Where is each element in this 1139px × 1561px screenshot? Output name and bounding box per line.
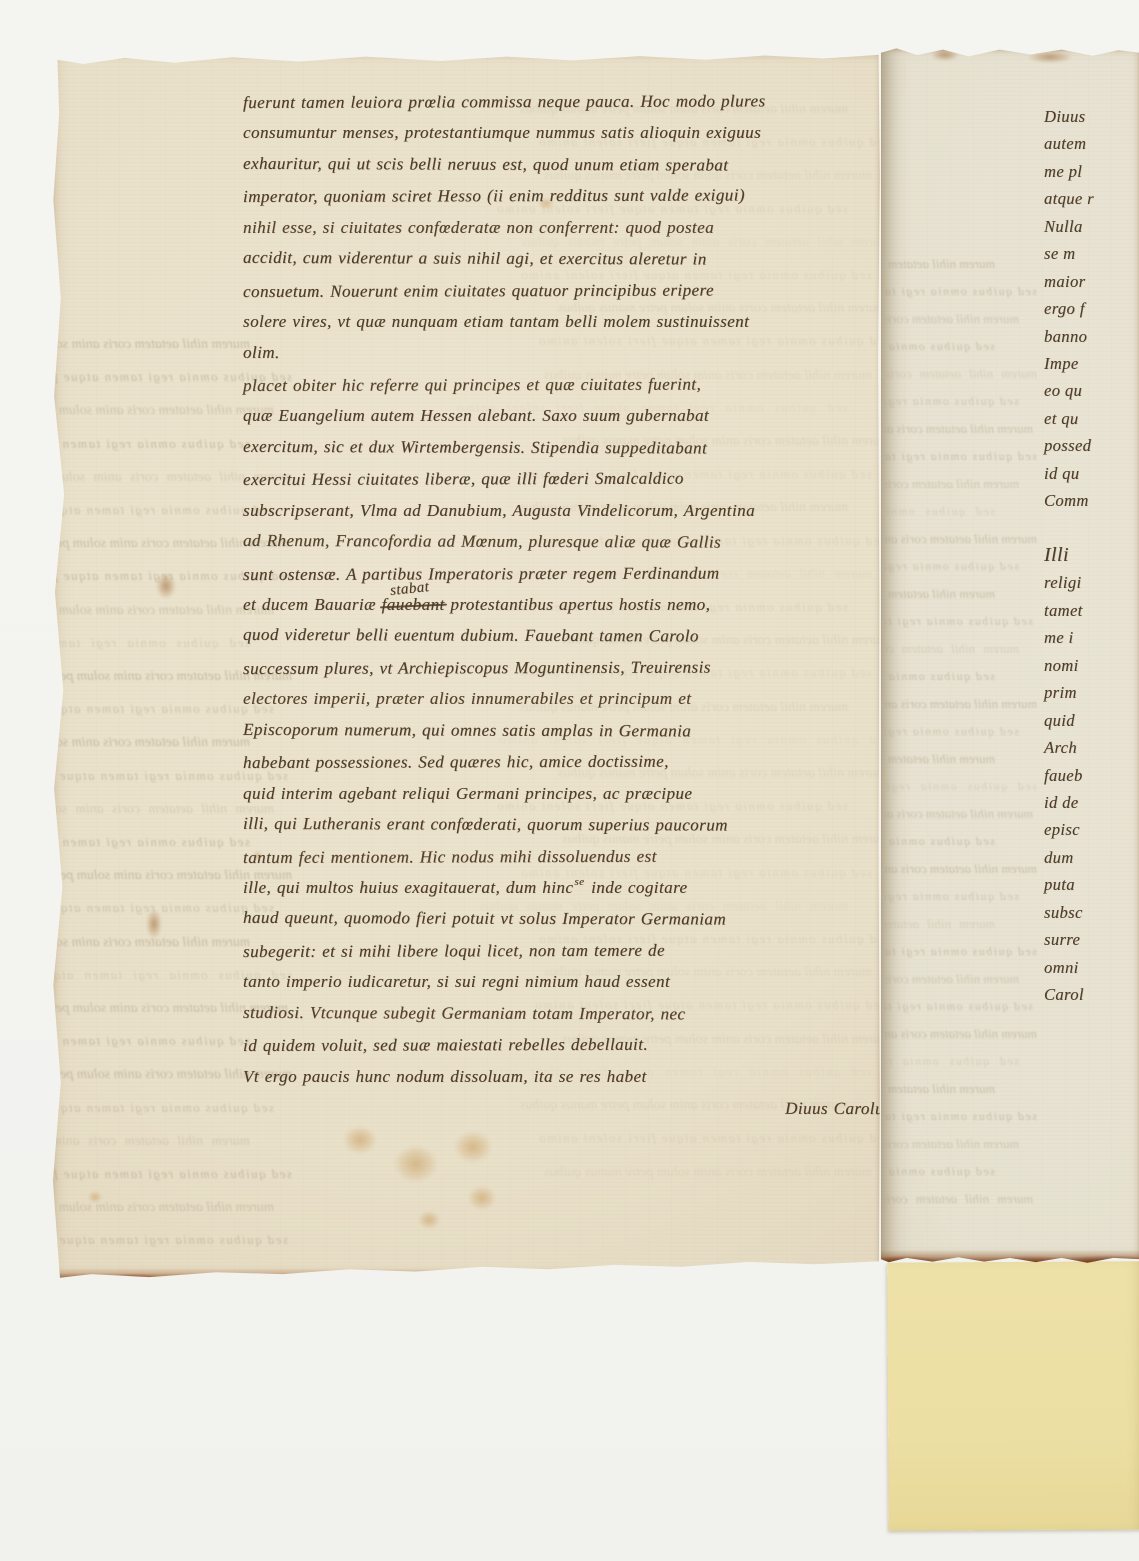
bleedthrough-line: sed quibus omnia regi tamen atque fieri … (52, 1224, 292, 1257)
bleedthrough-line: sed quibus omnia regi tamen atque fieri … (885, 278, 1037, 306)
bleedthrough-line: sed quibus omnia regi tamen atque fieri … (885, 828, 1037, 856)
bleedthrough-line: sed quibus omnia regi tamen atque fieri … (885, 443, 1037, 471)
ink-bleedthrough: murem nihil aetatem coris anim solum pet… (885, 250, 1037, 1212)
manuscript-line: atque r (1044, 185, 1139, 213)
manuscript-line: Carol (1044, 981, 1139, 1008)
manuscript-line: et qu (1044, 405, 1139, 433)
manuscript-line (1044, 514, 1139, 542)
manuscript-line: eo qu (1044, 377, 1139, 404)
manuscript-line-with-correction: et ducem Bauariæ stabatfauebant protesta… (243, 589, 895, 620)
manuscript-line: sunt ostensæ. A partibus Imperatoris præ… (243, 557, 895, 590)
manuscript-line: tamet (1044, 597, 1139, 624)
bleedthrough-line: murem nihil aetatem coris anim solum pet… (885, 1130, 1037, 1158)
manuscript-line: episc (1044, 816, 1139, 843)
bleedthrough-line: murem nihil aetatem coris anim solum pet… (52, 1191, 292, 1224)
right-manuscript-page: murem nihil aetatem coris anim solum pet… (881, 46, 1139, 1264)
manuscript-line: subscripserant, Vlma ad Danubium, August… (243, 495, 895, 526)
foxing-spot (394, 1145, 438, 1183)
manuscript-line: exhauritur, qui ut scis belli neruus est… (243, 148, 895, 182)
manuscript-line: puta (1044, 871, 1139, 898)
manuscript-line: banno (1044, 323, 1139, 350)
struck-word: fauebant (382, 595, 445, 614)
manuscript-line: id de (1044, 789, 1139, 816)
foxing-spot (454, 1131, 492, 1163)
manuscript-line: exercitum, sic et dux Wirtembergensis. S… (243, 431, 895, 465)
manuscript-line: placet obiter hic referre qui principes … (243, 368, 895, 401)
bleedthrough-line: murem nihil aetatem coris anim solum pet… (885, 690, 1037, 718)
manuscript-line: imperator, quoniam sciret Hesso (ii enim… (243, 179, 895, 212)
bleedthrough-line: sed quibus omnia regi tamen atque fieri … (885, 1158, 1037, 1186)
manuscript-line: consuetum. Nouerunt enim ciuitates quatu… (243, 274, 895, 307)
manuscript-line: Episcoporum numerum, qui omnes satis amp… (243, 714, 895, 748)
bleedthrough-line: sed quibus omnia regi tamen atque fieri … (885, 938, 1037, 966)
bleedthrough-line: murem nihil aetatem coris anim solum pet… (885, 305, 1037, 333)
manuscript-line: fuerunt tamen leuiora prœlia commissa ne… (243, 85, 895, 118)
bleedthrough-line: murem nihil aetatem coris anim solum pet… (885, 470, 1037, 498)
manuscript-scan: murem nihil aetatem coris anim solum pet… (0, 0, 1139, 1561)
bleedthrough-line: murem nihil aetatem coris anim solum pet… (885, 800, 1037, 828)
manuscript-text-column: Diuus autem me pl atque r Nulla se m mai… (1044, 103, 1139, 1008)
bleedthrough-line: sed quibus omnia regi tamen atque fieri … (885, 608, 1037, 636)
bleedthrough-line: sed quibus omnia regi tamen atque fieri … (885, 1048, 1037, 1076)
bleedthrough-line: sed quibus omnia regi tamen atque fieri … (885, 553, 1037, 581)
bleedthrough-line: murem nihil aetatem coris anim solum pet… (52, 1125, 292, 1158)
bleedthrough-line: sed quibus omnia regi tamen atque fieri … (885, 498, 1037, 526)
manuscript-line: olim. (243, 336, 895, 370)
manuscript-line: quæ Euangelium autem Hessen alebant. Sax… (243, 400, 895, 431)
bleedthrough-line: sed quibus omnia regi tamen atque fieri … (885, 993, 1037, 1021)
bleedthrough-line: murem nihil aetatem coris anim solum pet… (885, 360, 1037, 388)
manuscript-line: solere vires, vt quæ nunquam etiam tanta… (243, 306, 895, 337)
text-before-insertion: ille, qui multos huius exagitauerat, dum… (243, 878, 573, 897)
manuscript-line: tantum feci mentionem. Hic nodus mihi di… (243, 839, 895, 872)
manuscript-line: quid interim agebant reliqui Germani pri… (243, 778, 895, 809)
bleedthrough-line: murem nihil aetatem coris anim solum pet… (885, 965, 1037, 993)
bleedthrough-line: sed quibus omnia regi tamen atque fieri … (52, 1158, 292, 1191)
bleedthrough-line: sed quibus omnia regi tamen atque fieri … (250, 1122, 890, 1155)
bleedthrough-line: sed quibus omnia regi tamen atque fieri … (885, 388, 1037, 416)
bleedthrough-line: murem nihil aetatem coris anim solum pet… (885, 580, 1037, 608)
foxing-spot (1027, 51, 1073, 63)
manuscript-line: religi (1044, 569, 1139, 596)
manuscript-line: consumuntur menses, protestantiumque num… (243, 117, 895, 148)
foxing-spot (156, 573, 176, 599)
foxing-spot (146, 909, 162, 939)
manuscript-line: Impe (1044, 350, 1139, 377)
manuscript-line: id qu (1044, 460, 1139, 487)
manuscript-line: successum plures, vt Archiepiscopus Mogu… (243, 651, 895, 684)
manuscript-line: faueb (1044, 762, 1139, 789)
manuscript-line: Comm (1044, 487, 1139, 514)
manuscript-line: studiosi. Vtcunque subegit Germaniam tot… (243, 997, 895, 1031)
bleedthrough-line: murem nihil aetatem coris anim solum pet… (885, 855, 1037, 883)
catchword: Diuus Carolus (243, 1091, 895, 1125)
manuscript-line: quid (1044, 707, 1139, 734)
manuscript-line: exercitui Hessi ciuitates liberæ, quæ il… (243, 462, 895, 495)
bleedthrough-line: murem nihil aetatem coris anim solum pet… (885, 635, 1037, 663)
bleedthrough-line: sed quibus omnia regi tamen atque fieri … (885, 718, 1037, 746)
bleedthrough-line: murem nihil aetatem coris anim solum pet… (885, 250, 1037, 278)
manuscript-line: illi, qui Lutheranis erant confœderati, … (243, 808, 895, 842)
manuscript-line: dum (1044, 844, 1139, 872)
manuscript-line: me i (1044, 624, 1139, 652)
bleedthrough-line: murem nihil aetatem coris anim solum pet… (885, 415, 1037, 443)
manuscript-line: accidit, cum viderentur a suis nihil agi… (243, 242, 895, 276)
manuscript-line: maior (1044, 268, 1139, 295)
text-before-correction: et ducem Bauariæ (243, 595, 382, 614)
bleedthrough-line: sed quibus omnia regi tamen atque fieri … (885, 773, 1037, 801)
bleedthrough-line: sed quibus omnia regi tamen atque fieri … (885, 883, 1037, 911)
foxing-spot (931, 49, 959, 61)
bleedthrough-line: sed quibus omnia regi tamen atque fieri … (885, 1103, 1037, 1131)
bleedthrough-line: sed quibus omnia regi tamen atque fieri … (885, 333, 1037, 361)
bleedthrough-line: murem nihil aetatem coris anim solum pet… (885, 910, 1037, 938)
manuscript-line: electores imperii, præter alios innumera… (243, 683, 895, 714)
manuscript-line: prim (1044, 679, 1139, 706)
manuscript-line: surre (1044, 926, 1139, 953)
scribal-correction: stabatfauebant (382, 589, 445, 620)
superscript-insertion: se (574, 876, 584, 888)
manuscript-line-with-insertion: ille, qui multos huius exagitauerat, dum… (243, 872, 895, 903)
foxing-spot (88, 1191, 102, 1203)
manuscript-line: me pl (1044, 158, 1139, 185)
bleedthrough-line: murem nihil aetatem coris anim solum pet… (885, 1075, 1037, 1103)
bleedthrough-line: murem nihil aetatem coris anim solum pet… (885, 1185, 1037, 1212)
manuscript-line: Vt ergo paucis hunc nodum dissoluam, ita… (243, 1061, 895, 1092)
manuscript-line: Arch (1044, 734, 1139, 762)
manuscript-line: habebant possessiones. Sed quæres hic, a… (243, 745, 895, 778)
manuscript-line: se m (1044, 240, 1139, 267)
manuscript-line: ad Rhenum, Francofordia ad Mœnum, plures… (243, 525, 895, 559)
manuscript-line: id quidem voluit, sed suæ maiestati rebe… (243, 1028, 895, 1061)
manuscript-line: haud queunt, quomodo fieri potuit vt sol… (243, 902, 895, 936)
toasted-edge-bottom (50, 1268, 881, 1279)
left-manuscript-page: murem nihil aetatem coris anim solum pet… (50, 53, 881, 1279)
manuscript-line: autem (1044, 130, 1139, 157)
manuscript-line: Diuus (1044, 103, 1139, 130)
foxing-spot (418, 1211, 440, 1229)
foxing-spot (468, 1186, 496, 1210)
manuscript-line: Nulla (1044, 213, 1139, 240)
manuscript-line: nihil esse, si ciuitates confœderatæ non… (243, 212, 895, 243)
bleedthrough-line: murem nihil aetatem coris anim solum pet… (885, 1020, 1037, 1048)
manuscript-line: omni (1044, 953, 1139, 981)
yellow-backing-sheet (887, 1261, 1139, 1531)
bleedthrough-line: sed quibus omnia regi tamen atque fieri … (885, 663, 1037, 691)
foxing-spot (343, 1126, 377, 1154)
toasted-edge-top (881, 46, 1139, 55)
manuscript-text-block: fuerunt tamen leuiora prœlia commissa ne… (243, 86, 895, 1123)
manuscript-line: ergo f (1044, 295, 1139, 323)
manuscript-line: quod videretur belli euentum dubium. Fau… (243, 619, 895, 653)
bleedthrough-line: murem nihil aetatem coris anim solum pet… (885, 525, 1037, 553)
manuscript-line: tanto imperio iudicaretur, si sui regni … (243, 966, 895, 997)
manuscript-line: nomi (1044, 652, 1139, 679)
bleedthrough-line: murem nihil aetatem coris anim solum pet… (250, 1156, 890, 1189)
manuscript-line: subsc (1044, 899, 1139, 926)
text-after-correction: protestantibus apertus hostis nemo, (445, 595, 711, 614)
manuscript-line: Illi (1044, 542, 1139, 569)
manuscript-line: possed (1044, 432, 1139, 459)
bleedthrough-line: murem nihil aetatem coris anim solum pet… (885, 745, 1037, 773)
manuscript-line: subegerit: et si mihi libere loqui licet… (243, 934, 895, 967)
text-after-insertion: inde cogitare (585, 878, 687, 897)
